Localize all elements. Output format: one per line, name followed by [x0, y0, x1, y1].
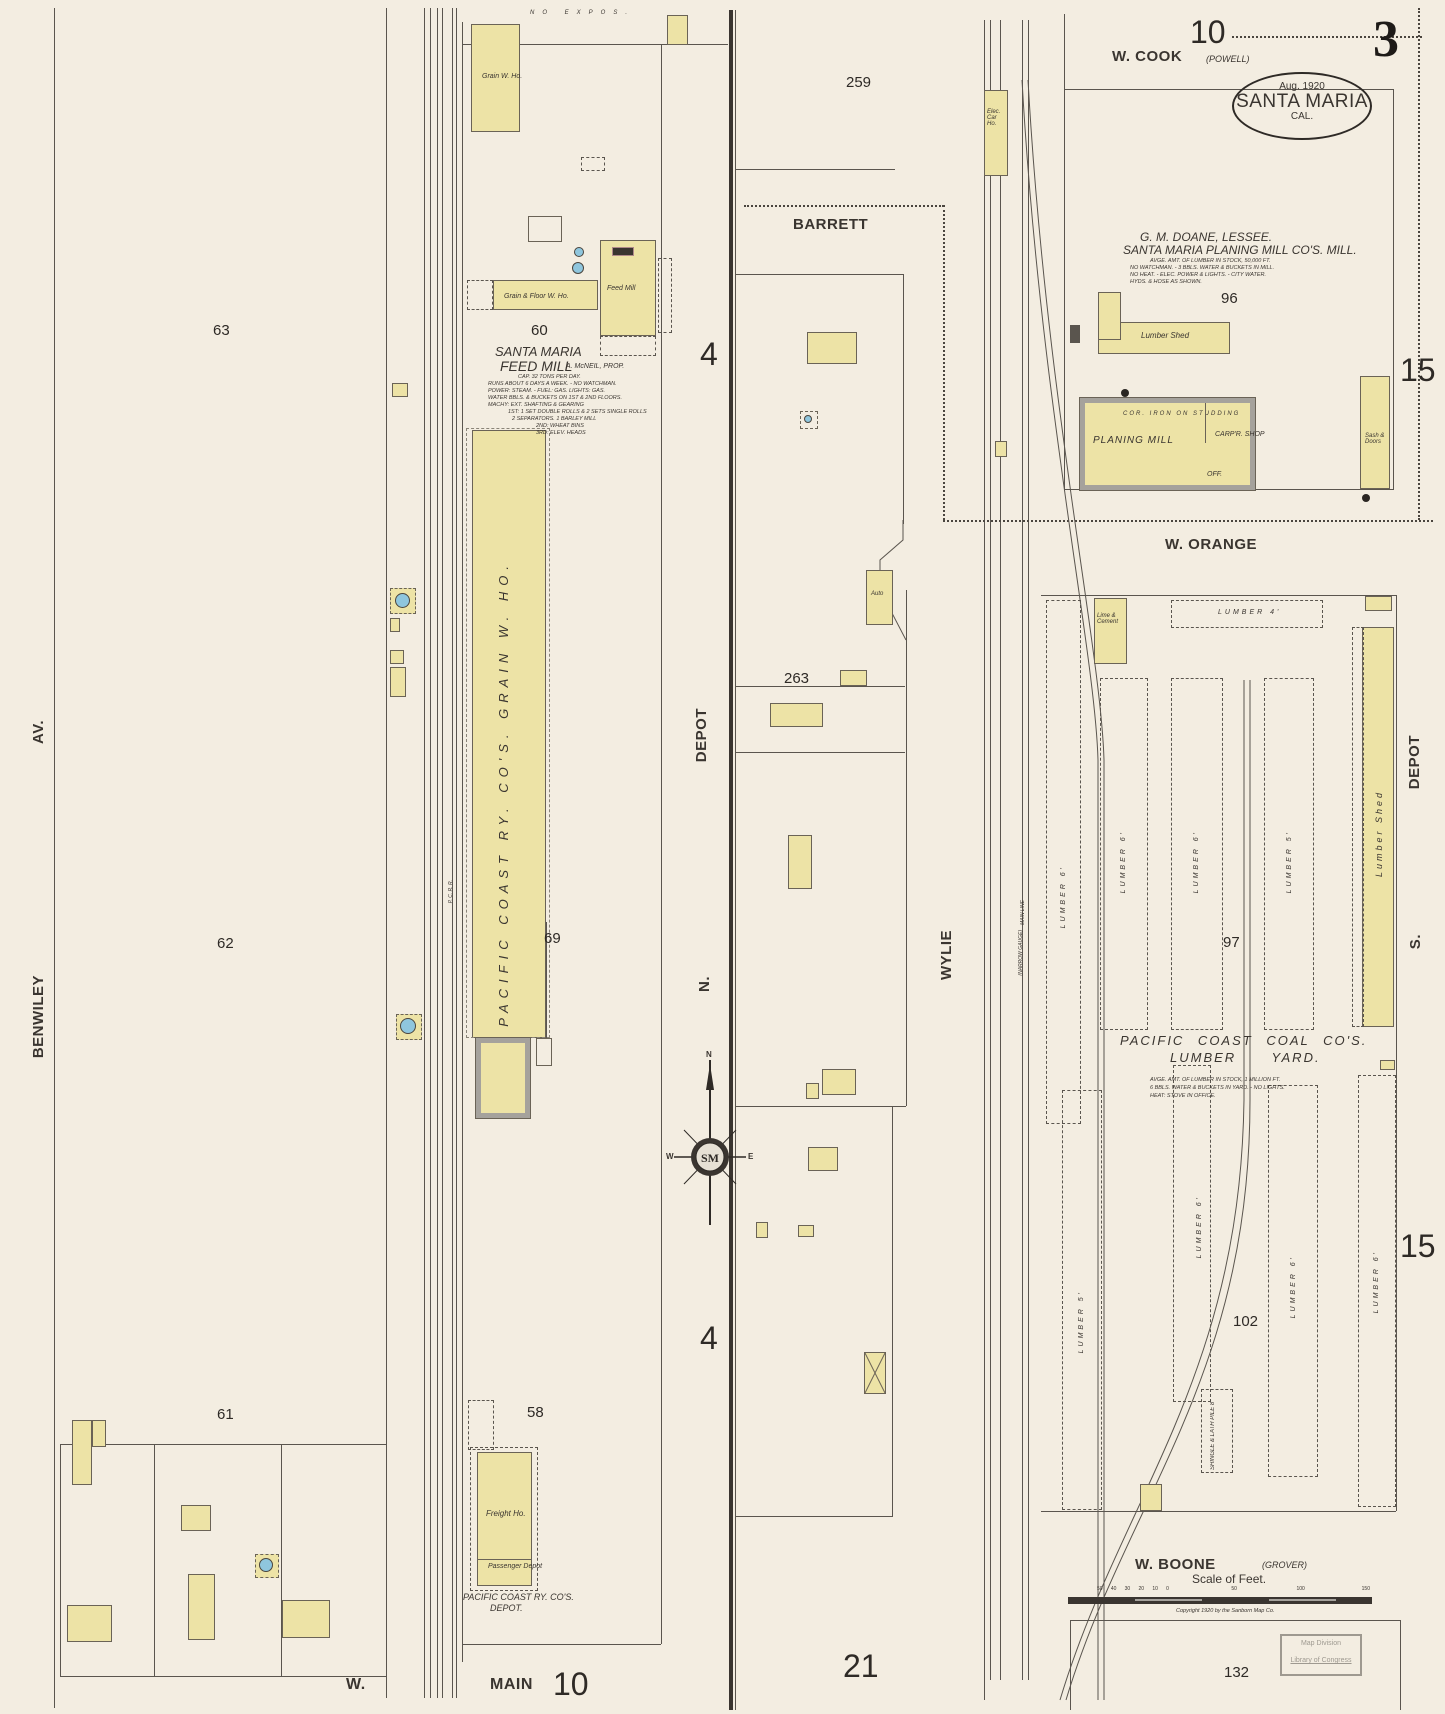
street-w-cook-alt: (POWELL)	[1206, 54, 1250, 64]
adjacent-sheet-right-upper: 15	[1400, 352, 1436, 389]
street-depot-n: N.	[696, 976, 713, 992]
lumber-yard-notes: AVGE. AMT. OF LUMBER IN STOCK, 1 MILLION…	[1150, 1076, 1285, 1100]
lumber-label: LUMBER 6'	[1193, 830, 1200, 893]
lumber-pile-6	[1046, 600, 1081, 1124]
adjacent-sheet-center-upper: 4	[700, 336, 718, 373]
lumber-label: LUMBER 6'	[1060, 865, 1067, 928]
city-name: SANTA MARIA	[1234, 92, 1370, 111]
storage-building	[282, 1600, 330, 1638]
dwelling	[807, 332, 857, 364]
elec-car-house: Elec. Car Ho.	[984, 90, 1008, 176]
planing-mill-notes: AVGE. AMT. OF LUMBER IN STOCK, 50,000 FT…	[1130, 258, 1274, 286]
svg-text:SM: SM	[701, 1151, 719, 1165]
small-building-dark	[1070, 325, 1080, 343]
adjacent-sheet-bottom-mid: 21	[843, 1648, 879, 1685]
storage-building	[1140, 1484, 1162, 1511]
lumber-yard-title2: LUMBER YARD.	[1170, 1050, 1321, 1065]
hydrant-icon	[1362, 494, 1370, 502]
street-w-orange: W. ORANGE	[1165, 536, 1257, 553]
platform-outline	[658, 258, 672, 333]
block-number: 96	[1221, 290, 1238, 307]
small-shed	[390, 650, 404, 664]
railroad-label: P. C. R. R.	[448, 880, 454, 903]
feed-mill-proprietor: A. McNEIL, PROP.	[566, 363, 624, 370]
shed-outline	[581, 157, 605, 171]
sheet-number: 3	[1373, 10, 1399, 69]
block-number: 63	[213, 322, 230, 339]
block-number: 132	[1224, 1664, 1249, 1681]
lumber-pile-4: LUMBER 4'	[1171, 600, 1323, 628]
library-stamp: Map Division Library of Congress	[1280, 1634, 1362, 1676]
block-number: 97	[1223, 934, 1240, 951]
street-wylie: WYLIE	[938, 930, 955, 980]
lime-cement-building: Lime & Cement	[1094, 598, 1127, 664]
small-shed	[1380, 1060, 1395, 1070]
auto-garage: Auto	[866, 570, 893, 625]
platform-outline	[600, 336, 656, 356]
lumber-label: LUMBER 6'	[1196, 1195, 1203, 1258]
lumber-yard-title: PACIFIC COAST COAL CO'S.	[1120, 1033, 1367, 1048]
water-tank-icon	[572, 262, 584, 274]
street-s-depot-s: S.	[1407, 934, 1424, 949]
block-number: 263	[784, 670, 809, 687]
compass-n: N	[706, 1050, 712, 1059]
sanborn-map-sheet: Grain W. Ho. Grain & Floor W. Ho. Feed M…	[0, 0, 1445, 1714]
street-benwiley-av: AV.	[30, 720, 47, 744]
dwelling	[822, 1069, 856, 1095]
small-shed	[840, 670, 867, 686]
feed-mill-title: SANTA MARIA	[495, 344, 582, 359]
platform-outline	[468, 1400, 494, 1450]
freight-house: Freight Ho. Passenger Depot	[477, 1452, 532, 1586]
lumber-label: LUMBER 6'	[1290, 1255, 1297, 1318]
small-shed	[392, 383, 408, 397]
platform-outline	[467, 280, 493, 310]
office-building	[1365, 596, 1392, 611]
scales-box	[536, 1038, 552, 1066]
compass-w: W	[666, 1152, 674, 1161]
dwelling	[770, 703, 823, 727]
sash-doors-storage: Sash & Doors	[1360, 376, 1390, 489]
dwelling	[67, 1605, 112, 1642]
shingle-label: SHINGLE & LATH PILE 8'	[1210, 1400, 1216, 1470]
street-w-cook: W. COOK	[1112, 48, 1182, 65]
block-number: 58	[527, 1404, 544, 1421]
water-tank-icon	[804, 415, 812, 423]
lumber-pile-6	[1173, 1065, 1211, 1402]
lumber-shed-annex	[1098, 292, 1121, 340]
small-shed	[798, 1225, 814, 1237]
scale-ticks: 50 40 30 20 10 0 50 100 150	[1097, 1586, 1370, 1592]
street-main: MAIN	[490, 1676, 533, 1694]
street-barrett: BARRETT	[793, 216, 868, 233]
compass-rose: SM N W E	[660, 1050, 760, 1230]
scale-title: Scale of Feet.	[1192, 1572, 1266, 1586]
oil-tank-box	[528, 216, 562, 242]
tool-house	[390, 667, 406, 697]
state-name: CAL.	[1234, 111, 1370, 122]
storage-building	[72, 1420, 92, 1485]
street-w-boone: W. BOONE	[1135, 1556, 1216, 1573]
boiler-icon	[612, 247, 634, 256]
street-w-main-w: W.	[346, 1676, 366, 1694]
lumber-shed-label: Lumber Shed	[1374, 790, 1384, 877]
small-shed	[390, 618, 400, 632]
block-number: 60	[531, 322, 548, 339]
street-s-depot: DEPOT	[1406, 735, 1423, 789]
small-shed	[995, 441, 1007, 457]
depot-title: PACIFIC COAST RY. CO'S.	[463, 1592, 574, 1602]
dwelling	[808, 1147, 838, 1171]
no-expos-label: NO EXPOS.	[530, 10, 635, 16]
grain-flour-warehouse: Grain & Floor W. Ho.	[493, 280, 598, 310]
planing-mill-lessee: G. M. DOANE, LESSEE.	[1140, 230, 1272, 244]
adjacent-sheet-top: 10	[1190, 14, 1226, 51]
compass-e: E	[748, 1152, 753, 1161]
dwelling	[788, 835, 812, 889]
street-benwiley: BENWILEY	[30, 975, 47, 1058]
planing-mill-title: SANTA MARIA PLANING MILL CO'S. MILL.	[1123, 243, 1357, 257]
adjacent-sheet-right-lower: 15	[1400, 1228, 1436, 1265]
cleaner-room	[476, 1038, 530, 1118]
block-number: 102	[1233, 1313, 1258, 1330]
block-number: 62	[217, 935, 234, 952]
narrow-gauge-label: (NARROW GAUGE)	[1018, 930, 1024, 976]
dwelling	[188, 1574, 215, 1640]
x-marked-building	[864, 1352, 886, 1394]
lumber-label: LUMBER 5'	[1078, 1290, 1085, 1353]
auto-garage	[181, 1505, 211, 1531]
lumber-label: LUMBER 5'	[1286, 830, 1293, 893]
title-cartouche: Aug. 1920 SANTA MARIA CAL.	[1232, 72, 1372, 140]
street-depot: DEPOT	[693, 708, 710, 762]
scale-bar	[1068, 1597, 1372, 1604]
main-line-label: MAIN LINE	[1020, 900, 1026, 925]
small-shed	[806, 1083, 819, 1099]
lumber-label: LUMBER 6'	[1120, 830, 1127, 893]
hydrant-icon	[1121, 389, 1129, 397]
street-w-boone-alt: (GROVER)	[1262, 1560, 1307, 1570]
water-tank-icon	[395, 593, 410, 608]
copyright: Copyright 1920 by the Sanborn Map Co.	[1176, 1608, 1274, 1614]
block-number: 69	[544, 930, 561, 947]
feed-mill-notes: CAP. 32 TONS PER DAY. RUNS ABOUT 6 DAYS …	[488, 374, 647, 437]
adjacent-sheet-bottom-left: 10	[553, 1666, 589, 1703]
grain-warehouse-label: PACIFIC COAST RY. CO'S. GRAIN W. HO.	[496, 560, 511, 1027]
grain-warehouse-top: Grain W. Ho.	[471, 24, 520, 132]
block-number: 61	[217, 1406, 234, 1423]
water-tank-icon	[400, 1018, 416, 1034]
lumber-label: LUMBER 6'	[1373, 1250, 1380, 1313]
planing-mill-building: COR. IRON ON STUDDING PLANING MILL CARP'…	[1080, 398, 1255, 490]
shingle-lath-pile	[1201, 1389, 1233, 1473]
block-number: 259	[846, 74, 871, 91]
feed-mill-title2: FEED MILL	[500, 358, 572, 374]
storage-building	[92, 1420, 106, 1447]
auto-garage-small	[667, 15, 688, 45]
water-tank-icon	[574, 247, 584, 257]
water-tank-icon	[259, 1558, 273, 1572]
depot-title2: DEPOT.	[490, 1603, 523, 1613]
adjacent-sheet-center-lower: 4	[700, 1320, 718, 1357]
platform-outline	[1352, 627, 1364, 1027]
